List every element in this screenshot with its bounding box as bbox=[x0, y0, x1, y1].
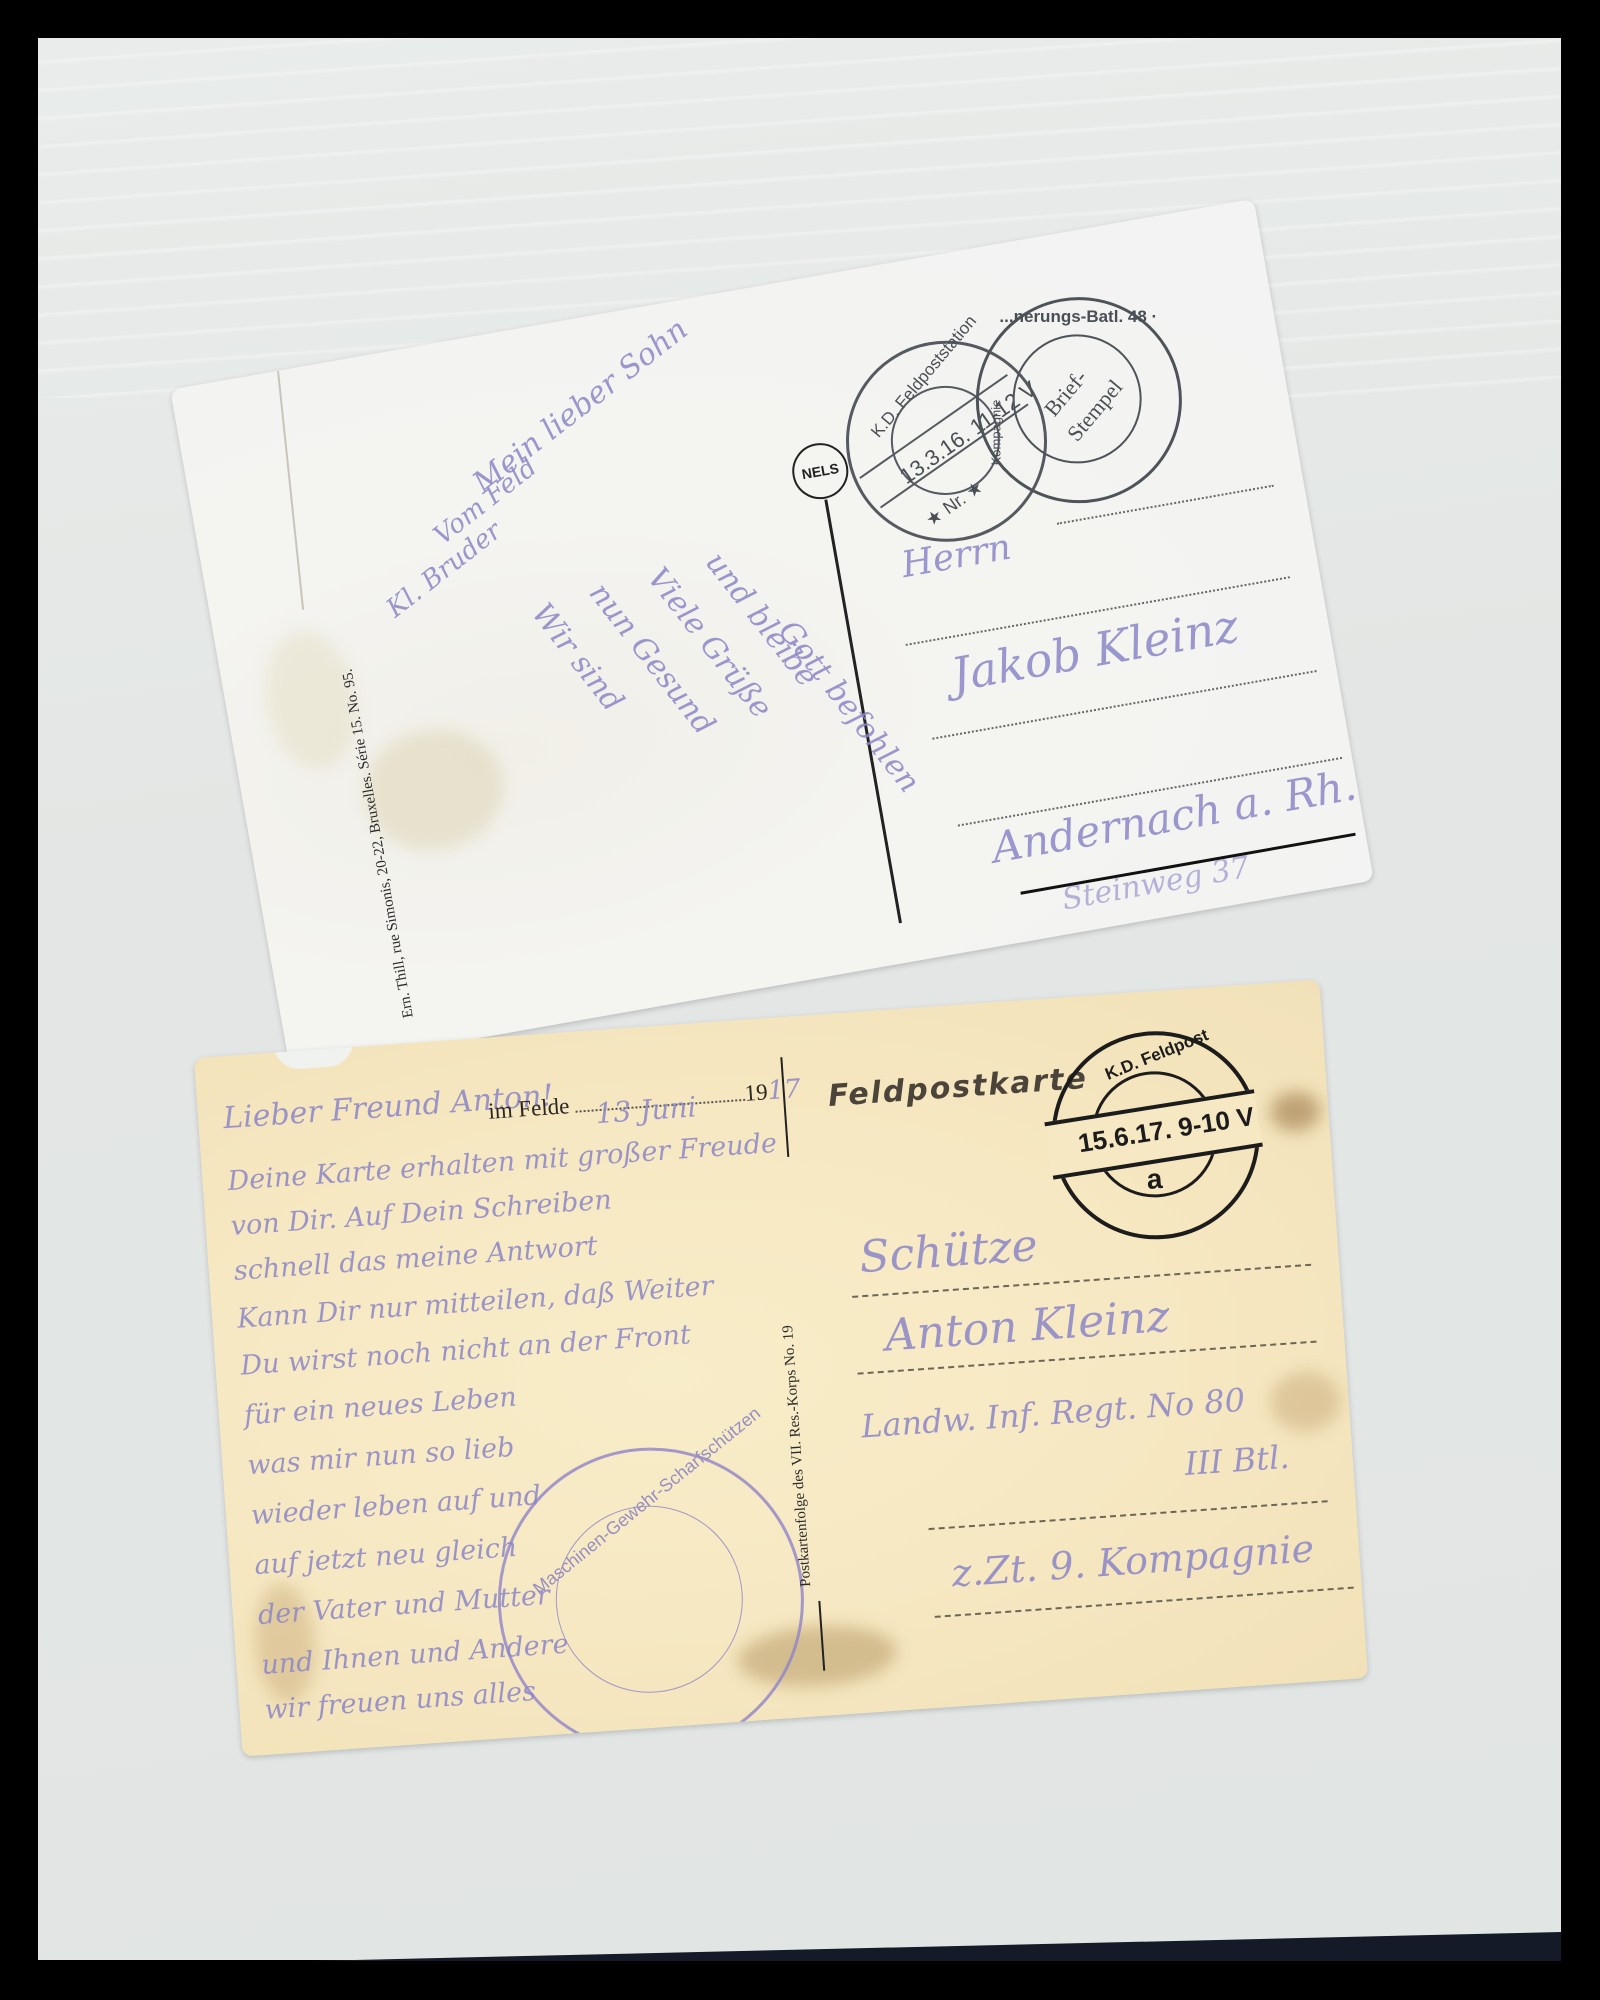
handwritten-line: wieder leben auf und bbox=[250, 1480, 542, 1531]
address-line-text: Andernach a. Rh. bbox=[988, 760, 1360, 872]
handwritten-line: was mir nun so lieb bbox=[246, 1432, 515, 1482]
card-heading: Feldpostkarte bbox=[827, 1061, 1089, 1114]
postmark-ring-text: ...nerungs-Batl. 48 · bbox=[999, 307, 1157, 327]
handwritten-line: auf jetzt neu gleich bbox=[253, 1532, 518, 1581]
postmark-feldpost: 15.6.17. 9-10 V K.D. Feldpost a bbox=[1045, 1024, 1267, 1246]
date-prefix: im Felde bbox=[488, 1093, 571, 1124]
date-field: 13 Juni bbox=[575, 1099, 745, 1113]
year-prefix: 19 bbox=[744, 1079, 769, 1106]
handwritten-line: für ein neues Leben bbox=[243, 1382, 518, 1432]
stain bbox=[1269, 1090, 1322, 1133]
unit-stamp-inner-ring bbox=[550, 1499, 750, 1699]
postmark-letter: a bbox=[1146, 1163, 1164, 1196]
address-line-text: Landw. Inf. Regt. No 80 bbox=[860, 1381, 1246, 1446]
stain bbox=[1269, 1369, 1343, 1434]
handwritten-line: schnell das meine Antwort bbox=[233, 1231, 599, 1287]
postcard-bottom: Lieber Freund Anton! im Felde 13 Juni 19… bbox=[194, 980, 1368, 1757]
address-line bbox=[929, 1500, 1328, 1530]
address-line-text: Jakob Kleinz bbox=[947, 598, 1242, 702]
address-line-text: Anton Kleinz bbox=[883, 1291, 1171, 1362]
postmark-side-text: Kompagnie bbox=[989, 400, 1004, 466]
address-line-text: Schütze bbox=[858, 1220, 1039, 1283]
address-line-text: III Btl. bbox=[1183, 1438, 1290, 1483]
handwritten-line: Deine Karte erhalten mit großer Freude bbox=[227, 1128, 778, 1197]
crease bbox=[277, 371, 304, 610]
date-handwritten: 13 Juni bbox=[595, 1090, 698, 1130]
logo-text: NELS bbox=[800, 460, 840, 482]
publisher-logo-icon: NELS bbox=[788, 439, 853, 504]
card-divider-top bbox=[780, 1057, 789, 1157]
address-line-text: z.Zt. 9. Kompagnie bbox=[950, 1526, 1315, 1595]
